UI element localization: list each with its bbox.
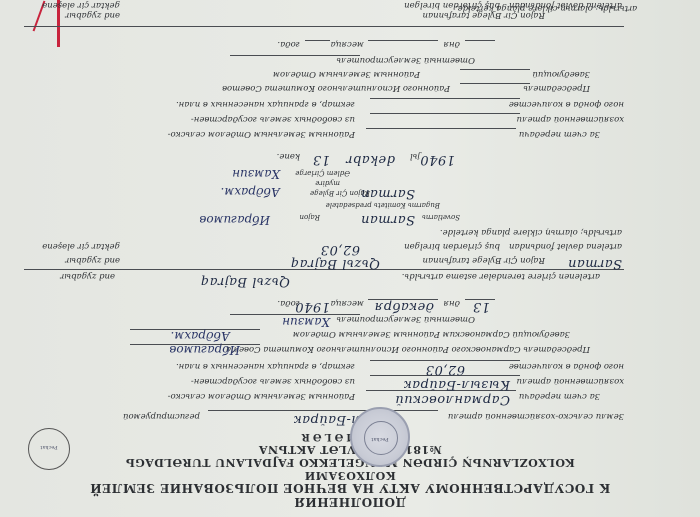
s3-rayon-text: Районным Земельным Отделом сельско- [168, 129, 355, 139]
s3-rule [465, 40, 495, 41]
s1-artel-label: хозяйственной артели [517, 376, 624, 386]
signature-manager: Абдрахм. [171, 329, 230, 343]
s1-rayon-text: Районным Земельным Отделом сельско- [168, 391, 355, 401]
s3-month-label: месяца [331, 39, 364, 49]
s2-gektar: gektar çir ələşenə [42, 241, 120, 251]
s1-date-suffix: года. [277, 298, 300, 308]
signature-s2-manager: Абдрахм. [221, 185, 280, 199]
s1-fund-label: ного фонда в количестве [509, 361, 624, 371]
s2-responsible-label: Ədlem Çirlərge [295, 169, 350, 177]
document-page: ДОПОЛНЕНИЯ К ГОСУДАРСТВЕННОМУ АКТУ НА ВЕ… [0, 0, 700, 517]
s3-free-land: из свободных земель государствен- [191, 114, 355, 124]
s3-date-suffix: года. [277, 39, 300, 49]
s3-hectare-text: гектар, в границах нанесенных в план. [176, 99, 355, 109]
s1-rule [370, 360, 520, 361]
s2-bureau-label: Rajon Çir Bylege [310, 189, 370, 197]
s3-rule [370, 98, 520, 99]
doc-title-kolkhoz: КОЛХОЗАМИ [0, 469, 700, 482]
official-stamp: Pechat [350, 407, 410, 467]
s1-date-day: 13 [472, 299, 490, 314]
s1-hectare-text: гектар, в границах нанесенных в план. [176, 361, 355, 371]
s2-date-month: dekabr [346, 152, 395, 167]
s1-transfer-from: Сарманловский [395, 392, 510, 407]
s2-date-text: jьl [410, 151, 420, 161]
s3-chair-text: Районного Исполнительного Комитета Совет… [222, 83, 450, 93]
s2-artel-prefix: artelena dəvlət fondьndan [509, 241, 622, 251]
s1-land-label: Земли сельско-хозяйственной артели [448, 411, 624, 421]
s3-manager-text: Районным Земельным Отделом [273, 69, 420, 79]
s3-rule [370, 113, 520, 114]
red-thread [33, 1, 46, 32]
s2-artel-line: Qьzьl Bajraq [200, 274, 290, 289]
s1-free-land: из свободных земель государствен- [191, 376, 355, 386]
s1-responsible: Ответный Землеустроитель [337, 314, 476, 324]
s2-artel-suffix: artelenen çirlere tөrendələr əstəmə artь… [402, 271, 600, 281]
s1-chair-text: Председатель Сармановского Районного Исп… [226, 344, 590, 354]
s1-date-year: 1940 [295, 299, 330, 314]
s3-rule [305, 40, 330, 41]
s2-artel2: Qьzьl Bajraq [290, 256, 380, 271]
red-thread [57, 0, 60, 47]
s3-artel-label: хозяйственной артели [517, 114, 624, 124]
doc-title-tatar: KOLXOZLARNЬŅ ÇIRDƏN MƏŅGELEKKO FAJDALANU… [0, 456, 700, 469]
s2-soviet-label: Sovetlarnь [422, 213, 460, 221]
s2-rayon-line: Rajon Çir Bylege tarafьnnan [423, 255, 545, 265]
s2-committee-label: Bugarmь Komitetь predsedatele [326, 201, 440, 209]
s3-chair-label: Председатель [523, 83, 590, 93]
s2-soviet-value: Sarman [361, 212, 415, 227]
signature-s2-chair: Ибрагимов [199, 213, 270, 227]
s2-and-text: ənd zygabыr [60, 271, 115, 281]
s1-manager-text: Заведующий Сармановским Районным Земельн… [293, 329, 570, 339]
s3-fund-label: ного фонда в количестве [509, 99, 624, 109]
signature-chair: Ибрагимов [169, 343, 240, 357]
s1-artel-value: Кызыл-Байрак [403, 377, 510, 392]
s2-free-text: buş çirlərdən birelgən [404, 241, 500, 251]
s1-registered: регистрируемой [123, 411, 200, 421]
s1-month-label: месяца [331, 298, 364, 308]
s2-plan-text: artьrьldь; olarnьņ cikləre planga kertel… [440, 227, 622, 237]
s2-date-year: 1940 [420, 152, 455, 167]
s1-transfer-label: За счет передачи [519, 391, 600, 401]
s3-manager-label: Заведующий [532, 69, 590, 79]
s3-rule [368, 40, 438, 41]
s3-rule [230, 55, 360, 56]
doc-title-state-act: К ГОСУДАРСТВЕННОМУ АКТУ НА ВЕЧНОЕ ПОЛЬЗО… [0, 481, 700, 495]
s2-and-text-2: ənd zygabыr [65, 255, 120, 265]
s3-day-label: дня [443, 39, 460, 49]
s3-responsible: Ответный Землеустроитель [337, 55, 476, 65]
s1-day-label: дня [443, 298, 460, 308]
signature-land: Хамзин [282, 315, 330, 329]
s2-hectares: 62,03 [320, 242, 360, 257]
s3-rule [366, 128, 516, 129]
signature-s2-land: Хамзин [232, 167, 280, 181]
s2-date-suffix: kənе. [277, 151, 300, 161]
doc-title-number: №181750 DƏVLƏT AKTЬNA [0, 443, 700, 456]
s3-rule [460, 69, 530, 70]
s2-date-day: 13 [312, 152, 330, 167]
s1-rule [208, 410, 438, 411]
s1-fund-value: 62,03 [425, 362, 465, 377]
doc-title-supplement: ДОПОЛНЕНИЯ [0, 495, 700, 509]
stamp-text: Pechat [352, 436, 408, 442]
s3-transfer-label: За счет передачи [519, 129, 600, 139]
s2-rajon-label: Rajon [300, 213, 321, 221]
s2-rayon-name: Sarman [568, 256, 622, 271]
s1-date-month: декабря [374, 299, 434, 314]
s2-manager-label: mydire [315, 179, 340, 187]
s3-rule [460, 83, 530, 84]
